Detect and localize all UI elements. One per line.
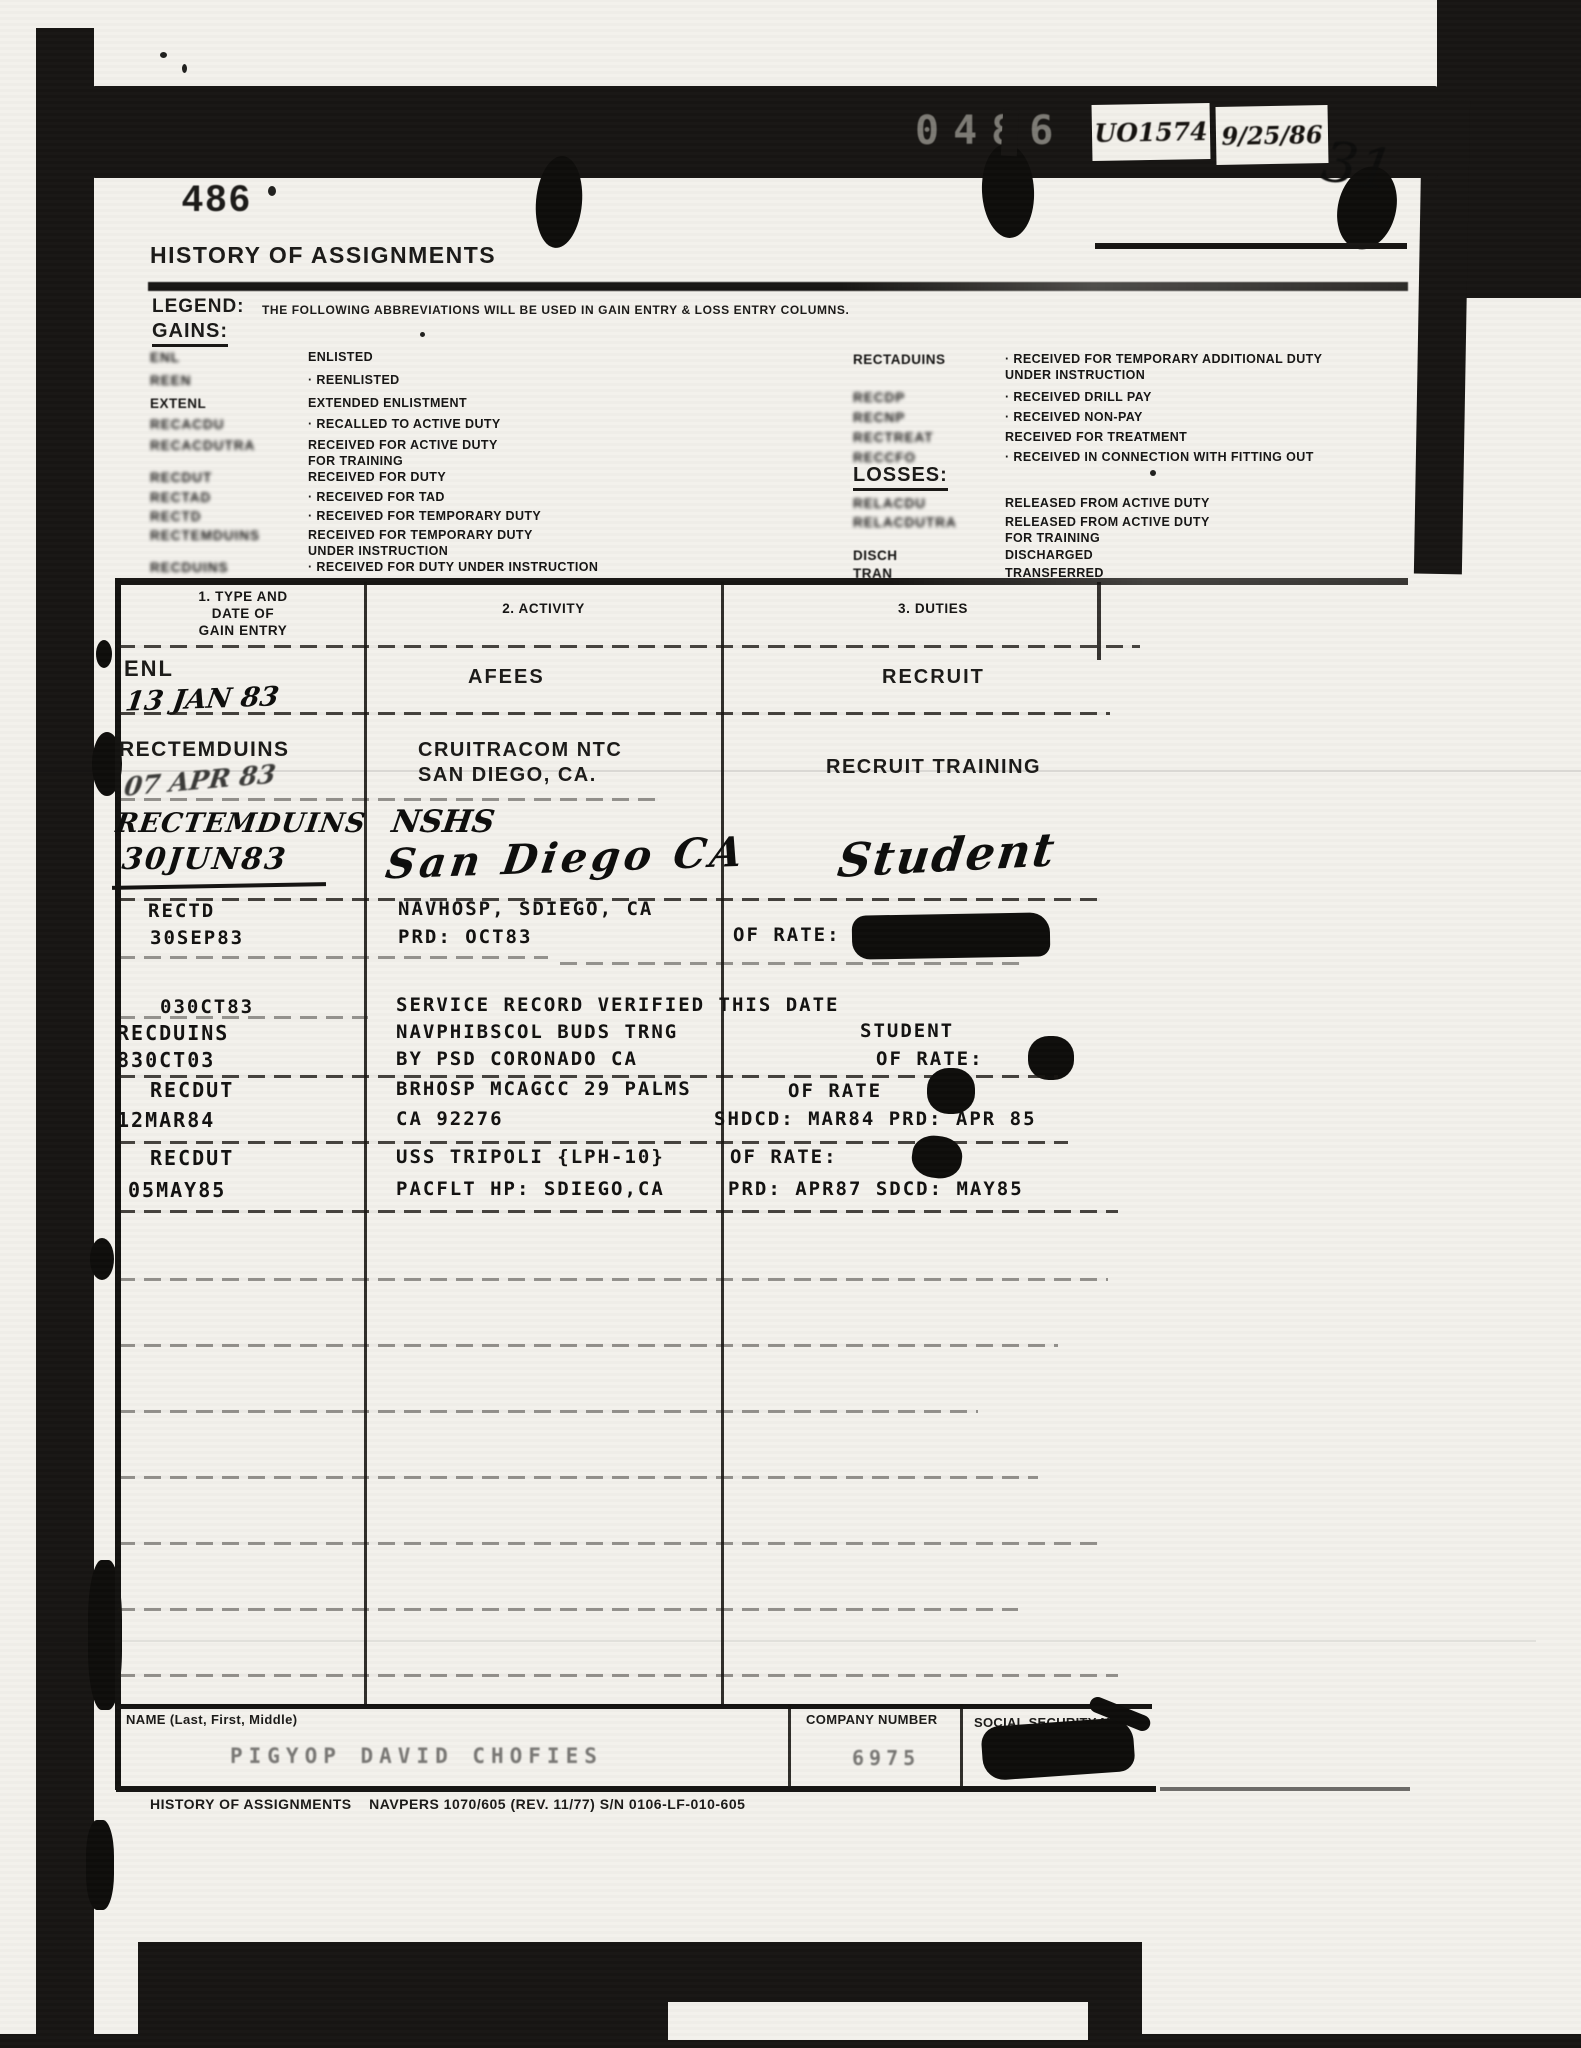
legend-def: FOR TRAINING bbox=[308, 454, 498, 470]
entry-date: 05MAY85 bbox=[128, 1178, 226, 1202]
entry-activity: SAN DIEGO, CA. bbox=[418, 764, 597, 787]
row-separator bbox=[560, 962, 1020, 965]
hole-punch-stem bbox=[1001, 110, 1019, 157]
scan-blotch bbox=[90, 1238, 114, 1280]
legend-def: FOR TRAINING bbox=[1005, 531, 1210, 547]
legend-def: DISCHARGED bbox=[1005, 548, 1093, 564]
legend-term: RECNP bbox=[853, 410, 1005, 425]
scan-blotch bbox=[96, 640, 112, 668]
legend-def: · RECEIVED FOR TEMPORARY ADDITIONAL DUTY bbox=[1005, 352, 1322, 368]
date-stamp: 9/25/86 bbox=[1221, 120, 1323, 151]
row-separator bbox=[118, 1016, 368, 1019]
legend-def: ENLISTED bbox=[308, 350, 373, 366]
scan-edge-dash bbox=[78, 1975, 88, 1989]
entry-date: 30SEP83 bbox=[150, 927, 244, 949]
legend-def: · RECEIVED IN CONNECTION WITH FITTING OU… bbox=[1005, 450, 1314, 466]
redaction-blob bbox=[909, 1133, 964, 1182]
entry-date: 830CT03 bbox=[117, 1048, 215, 1072]
legend-def: UNDER INSTRUCTION bbox=[1005, 368, 1322, 384]
entry-duties: OF RATE: bbox=[876, 1048, 984, 1070]
redaction-bar bbox=[852, 912, 1051, 959]
entry-duties: OF RATE: bbox=[733, 924, 841, 946]
legend-def: · RECEIVED FOR TEMPORARY DUTY bbox=[308, 509, 541, 525]
entry-date: 12MAR84 bbox=[117, 1108, 215, 1132]
entry-activity: USS TRIPOLI {LPH-10} bbox=[396, 1146, 665, 1168]
footer-top-border bbox=[116, 1704, 1152, 1709]
legend-item: EXTENL EXTENDED ENLISTMENT bbox=[150, 396, 467, 412]
row-separator bbox=[118, 1210, 1118, 1213]
footer-bottom-border bbox=[116, 1786, 1156, 1792]
legend-item: RECTD · RECEIVED FOR TEMPORARY DUTY bbox=[150, 509, 541, 525]
legend-def: · REENLISTED bbox=[308, 373, 400, 389]
legend-item: RELACDU RELEASED FROM ACTIVE DUTY bbox=[853, 496, 1210, 512]
entry-activity-handwritten: NSHS bbox=[389, 804, 496, 840]
entry-type: ENL bbox=[124, 656, 174, 682]
scanned-document-page: 0486 UO1574 9/25/86 486 31 HISTORY OF AS… bbox=[0, 0, 1581, 2048]
row-separator bbox=[118, 798, 658, 801]
legend-def: EXTENDED ENLISTMENT bbox=[308, 396, 467, 412]
legend-def: RECEIVED FOR TREATMENT bbox=[1005, 430, 1187, 446]
entry-type: RECDUT bbox=[150, 1078, 234, 1102]
entry-activity: PACFLT HP: SDIEGO,CA bbox=[396, 1178, 665, 1200]
legend-def: · RECEIVED DRILL PAY bbox=[1005, 390, 1152, 406]
banner-stamp-number: 0486 bbox=[915, 108, 1067, 154]
table-right-border-stub bbox=[1097, 582, 1101, 660]
doc-number-stamp: UO1574 bbox=[1094, 117, 1208, 148]
entry-activity: SERVICE RECORD VERIFIED THIS DATE bbox=[396, 994, 840, 1016]
title-rule bbox=[148, 282, 1408, 291]
losses-heading: LOSSES: bbox=[853, 464, 948, 491]
legend-term: RECTREAT bbox=[853, 430, 1005, 445]
legend-term: RECCFO bbox=[853, 450, 1005, 465]
entry-activity: BRHOSP MCAGCC 29 PALMS bbox=[396, 1078, 692, 1100]
entry-activity: BY PSD CORONADO CA bbox=[396, 1048, 638, 1070]
entry-date-handwritten: 30JUN83 bbox=[120, 842, 289, 877]
legend-intro: THE FOLLOWING ABBREVIATIONS WILL BE USED… bbox=[262, 303, 849, 317]
legend-item: RELACDUTRA RELEASED FROM ACTIVE DUTY FOR… bbox=[853, 515, 1210, 546]
entry-duties: RECRUIT TRAINING bbox=[826, 756, 1041, 779]
scan-edge-dash bbox=[76, 1935, 86, 1949]
entry-date-handwritten: 07 APR 83 bbox=[122, 759, 277, 803]
entry-duties-handwritten: Student bbox=[835, 822, 1059, 888]
entry-type: RECDUT bbox=[150, 1146, 234, 1170]
legend-term: RECDUT bbox=[150, 470, 308, 485]
handwritten-page-note: 31 bbox=[1317, 129, 1398, 204]
legend-item: RECTREAT RECEIVED FOR TREATMENT bbox=[853, 430, 1187, 446]
row-separator bbox=[118, 1278, 1108, 1281]
legend-term: RECTEMDUINS bbox=[150, 528, 308, 543]
legend-term: RELACDU bbox=[853, 496, 1005, 511]
scan-rule-fragment bbox=[1095, 243, 1407, 249]
column-header-gain-entry: 1. TYPE AND DATE OF GAIN ENTRY bbox=[128, 588, 358, 639]
row-separator bbox=[118, 1476, 1038, 1479]
entry-note: 030CT83 bbox=[160, 996, 254, 1018]
legend-item: RECTADUINS · RECEIVED FOR TEMPORARY ADDI… bbox=[853, 352, 1322, 383]
doc-number-stamp-box: UO1574 bbox=[1092, 103, 1211, 161]
form-title: HISTORY OF ASSIGNMENTS bbox=[150, 242, 496, 269]
entry-type: RECTD bbox=[148, 900, 215, 922]
legend-def: RECEIVED FOR TEMPORARY DUTY bbox=[308, 528, 533, 544]
legend-term: RECDUINS bbox=[150, 560, 308, 575]
legend-item: RECTEMDUINS RECEIVED FOR TEMPORARY DUTY … bbox=[150, 528, 533, 559]
row-separator bbox=[118, 645, 1140, 648]
row-separator bbox=[118, 712, 1110, 715]
entry-type-handwritten: RECTEMDUINS bbox=[114, 808, 368, 839]
entry-duties: OF RATE bbox=[788, 1080, 882, 1102]
legend-item: RECNP · RECEIVED NON-PAY bbox=[853, 410, 1143, 426]
legend-label: LEGEND: bbox=[152, 296, 245, 318]
legend-term: EXTENL bbox=[150, 396, 308, 411]
row-separator bbox=[118, 956, 548, 959]
scan-edge-dash bbox=[76, 1855, 86, 1869]
legend-item: RECACDUTRA RECEIVED FOR ACTIVE DUTY FOR … bbox=[150, 438, 498, 469]
legend-item: REEN · REENLISTED bbox=[150, 373, 400, 389]
legend-term: ENL bbox=[150, 350, 308, 365]
legend-item: RECDUINS · RECEIVED FOR DUTY UNDER INSTR… bbox=[150, 560, 598, 576]
company-number-label: COMPANY NUMBER bbox=[806, 1712, 938, 1727]
scan-speck bbox=[1150, 470, 1156, 476]
entry-duties: OF RATE: bbox=[730, 1146, 838, 1168]
entry-activity: CRUITRACOM NTC bbox=[418, 739, 622, 762]
redaction-blob bbox=[1028, 1036, 1074, 1080]
legend-item: RECDP · RECEIVED DRILL PAY bbox=[853, 390, 1152, 406]
legend-term: DISCH bbox=[853, 548, 1005, 563]
ssn-redaction bbox=[980, 1717, 1135, 1781]
legend-def: RELEASED FROM ACTIVE DUTY bbox=[1005, 515, 1210, 531]
date-stamp-box: 9/25/86 bbox=[1216, 105, 1329, 165]
entry-duties: STUDENT bbox=[860, 1020, 954, 1042]
legend-term: RELACDUTRA bbox=[853, 515, 1005, 530]
scan-speck bbox=[268, 186, 276, 196]
scan-speck bbox=[420, 332, 425, 337]
legend-term: RECTADUINS bbox=[853, 352, 1005, 367]
entry-activity: CA 92276 bbox=[396, 1108, 504, 1130]
scan-speck bbox=[182, 64, 187, 73]
entry-duties: PRD: APR87 SDCD: MAY85 bbox=[728, 1178, 1024, 1200]
legend-term: RECACDU bbox=[150, 417, 308, 432]
legend-def: RECEIVED FOR DUTY bbox=[308, 470, 446, 486]
legend-def: RECEIVED FOR ACTIVE DUTY bbox=[308, 438, 498, 454]
legend-def: RELEASED FROM ACTIVE DUTY bbox=[1005, 496, 1210, 512]
legend-item: DISCH DISCHARGED bbox=[853, 548, 1093, 564]
name-value: PIGYOP DAVID CHOFIES bbox=[230, 1744, 603, 1768]
row-separator bbox=[118, 1410, 978, 1413]
footer-field-divider bbox=[960, 1704, 963, 1788]
legend-item: RECTAD · RECEIVED FOR TAD bbox=[150, 490, 445, 506]
column-header-activity: 2. ACTIVITY bbox=[365, 600, 722, 617]
scan-blotch bbox=[86, 1820, 114, 1910]
gains-heading: GAINS: bbox=[152, 320, 228, 347]
scan-crease-line bbox=[36, 1640, 1536, 1642]
entry-duties: RECRUIT bbox=[882, 666, 985, 689]
footer-bottom-border-fragment bbox=[1160, 1787, 1410, 1791]
scan-edge-dash bbox=[78, 1895, 88, 1909]
legend-term: RECACDUTRA bbox=[150, 438, 308, 453]
legend-term: REEN bbox=[150, 373, 308, 388]
entry-type: RECTEMDUINS bbox=[119, 738, 290, 762]
row-separator bbox=[118, 1674, 1118, 1677]
legend-term: RECDP bbox=[853, 390, 1005, 405]
scan-speck bbox=[160, 52, 167, 58]
row-separator bbox=[118, 1542, 1098, 1545]
entry-type: RECDUINS bbox=[117, 1021, 229, 1045]
legend-item: ENL ENLISTED bbox=[150, 350, 373, 366]
name-label: NAME (Last, First, Middle) bbox=[126, 1712, 297, 1727]
legend-term: RECTAD bbox=[150, 490, 308, 505]
legend-def: UNDER INSTRUCTION bbox=[308, 544, 533, 560]
legend-def: · RECEIVED NON-PAY bbox=[1005, 410, 1143, 426]
footer-field-divider bbox=[788, 1704, 791, 1788]
scan-left-border bbox=[36, 28, 94, 2042]
entry-activity: NAVHOSP, SDIEGO, CA bbox=[398, 898, 653, 920]
row-separator bbox=[118, 1608, 1018, 1611]
column-header-duties: 3. DUTIES bbox=[848, 600, 1018, 617]
legend-def: · RECEIVED FOR DUTY UNDER INSTRUCTION bbox=[308, 560, 598, 576]
table-column-divider bbox=[721, 582, 724, 1708]
company-number-value: 6975 bbox=[852, 1746, 920, 1770]
entry-duties: SHDCD: MAR84 PRD: APR 85 bbox=[714, 1108, 1037, 1130]
legend-def: · RECALLED TO ACTIVE DUTY bbox=[308, 417, 501, 433]
table-top-border bbox=[116, 578, 1408, 585]
form-identifier-line: HISTORY OF ASSIGNMENTS NAVPERS 1070/605 … bbox=[150, 1796, 745, 1812]
page-number: 486 bbox=[182, 178, 253, 220]
handwritten-underline bbox=[112, 882, 326, 890]
entry-activity: AFEES bbox=[468, 666, 545, 689]
legend-def: · RECEIVED FOR TAD bbox=[308, 490, 445, 506]
scan-bottom-notch bbox=[668, 2002, 1088, 2040]
row-separator bbox=[118, 1344, 1058, 1347]
legend-term: RECTD bbox=[150, 509, 308, 524]
entry-activity: NAVPHIBSCOL BUDS TRNG bbox=[396, 1021, 678, 1043]
legend-item: RECDUT RECEIVED FOR DUTY bbox=[150, 470, 446, 486]
entry-activity: PRD: OCT83 bbox=[398, 926, 532, 948]
legend-item: RECACDU · RECALLED TO ACTIVE DUTY bbox=[150, 417, 501, 433]
